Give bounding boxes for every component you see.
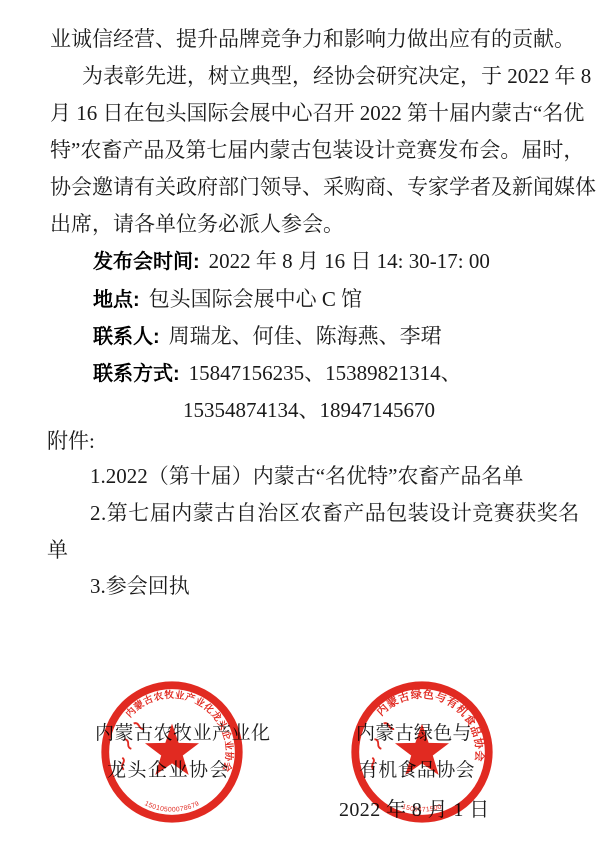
body-line: 为表彰先进，树立典型，经协会研究决定，于 2022 年 8 [82, 64, 591, 88]
info-value: 2022 年 8 月 16 日 14: 30-17: 00 [209, 249, 490, 273]
info-label: 联系方式: [93, 363, 180, 385]
attachment-item: 3.参会回执 [90, 574, 190, 598]
info-value: 周瑞龙、何佳、陈海燕、李珺 [169, 324, 442, 348]
org-name-overlay: 龙头企业协会 [107, 755, 230, 782]
info-row-location: 地点:包头国际会展中心 C 馆 [93, 287, 362, 312]
info-label: 发布会时间: [93, 251, 200, 273]
seal-left: 内蒙古农牧业产业化龙头企业协会 15010500078679 [101, 681, 243, 823]
info-row-phones: 联系方式:15847156235、15389821314、 [93, 361, 462, 386]
org-name-overlay: 有机食品协会 [359, 755, 475, 782]
attachment-item: 1.2022（第十届）内蒙古“名优特”农畜产品名单 [90, 464, 523, 488]
document-page: 业诚信经营、提升品牌竞争力和影响力做出应有的贡献。 为表彰先进，树立典型，经协会… [0, 0, 615, 844]
attachments-heading: 附件: [47, 429, 95, 453]
issue-date: 2022 年 8 月 1 日 [339, 793, 490, 822]
info-label: 联系人: [93, 326, 160, 348]
info-row-time: 发布会时间:2022 年 8 月 16 日 14: 30-17: 00 [93, 249, 490, 274]
body-line: 出席，请各单位务必派人参会。 [50, 212, 344, 236]
attachment-item-wrap: 单 [47, 538, 68, 562]
body-line: 业诚信经营、提升品牌竞争力和影响力做出应有的贡献。 [50, 27, 575, 51]
body-line: 月 16 日在包头国际会展中心召开 2022 第十届内蒙古“名优 [50, 101, 584, 125]
info-value: 包头国际会展中心 C 馆 [149, 287, 363, 311]
info-label: 地点: [93, 289, 140, 311]
info-row-contacts: 联系人:周瑞龙、何佳、陈海燕、李珺 [93, 324, 442, 349]
info-phones-line2: 15354874134、18947145670 [183, 398, 435, 422]
attachment-item: 2.第七届内蒙古自治区农畜产品包装设计竞赛获奖名 [90, 501, 580, 525]
org-name-overlay: 内蒙古绿色与 [356, 718, 472, 745]
body-line: 特”农畜产品及第七届内蒙古包装设计竞赛发布会。届时， [50, 138, 584, 162]
body-line: 协会邀请有关政府部门领导、采购商、专家学者及新闻媒体 [50, 175, 596, 199]
org-name-overlay: 内蒙古农牧业产业化 [95, 718, 271, 745]
info-value: 15847156235、15389821314、 [189, 361, 462, 385]
